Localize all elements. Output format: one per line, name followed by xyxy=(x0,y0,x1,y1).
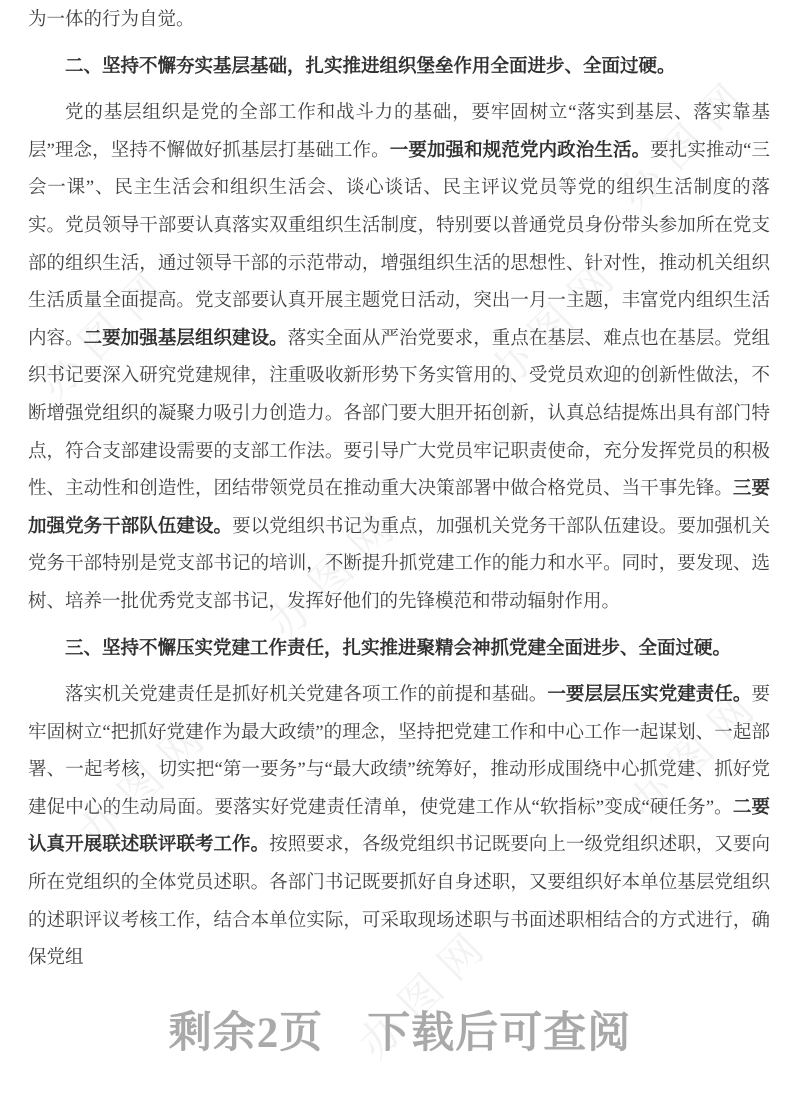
text-run: 为一体的行为自觉。 xyxy=(28,10,195,30)
bold-text-run: 二要加强基层组织建设。 xyxy=(84,329,288,349)
bold-text-run: 三、坚持不懈压实党建工作责任，扎实推进聚精会神抓党建全面进步、全面过硬。 xyxy=(65,639,731,659)
bold-text-run: 一要层层压实党建责任。 xyxy=(547,685,751,705)
text-run: 落实机关党建责任是抓好机关党建各项工作的前提和基础。 xyxy=(65,685,547,705)
body-paragraph: 为一体的行为自觉。 xyxy=(28,2,770,40)
section-heading: 三、坚持不懈压实党建工作责任，扎实推进聚精会神抓党建全面进步、全面过硬。 xyxy=(28,631,770,669)
section-heading: 二、坚持不懈夯实基层基础，扎实推进组织堡垒作用全面进步、全面过硬。 xyxy=(28,49,770,87)
body-paragraph: 落实机关党建责任是抓好机关党建各项工作的前提和基础。一要层层压实党建责任。要牢固… xyxy=(28,677,770,978)
body-paragraph: 党的基层组织是党的全部工作和战斗力的基础，要牢固树立“落实到基层、落实靠基层”理… xyxy=(28,95,770,621)
pages-remaining-banner: 剩余2页下载后可查阅 xyxy=(0,1006,800,1062)
bold-text-run: 二、坚持不懈夯实基层基础，扎实推进组织堡垒作用全面进步、全面过硬。 xyxy=(65,57,676,77)
text-run: 要扎实推动“三会一课”、民主生活会和组织生活会、谈心谈话、民主评议党员等党的组织… xyxy=(28,141,770,349)
document-page: 办图网 办图网 办图网 办图网 办图网 办图网 办图网 为一体的行为自觉。二、坚… xyxy=(0,0,800,1116)
text-run: 落实全面从严治党要求，重点在基层、难点也在基层。党组织书记要深入研究党建规律，注… xyxy=(28,329,770,499)
remaining-pages-label: 剩余2页 xyxy=(169,1010,324,1057)
bold-text-run: 一要加强和规范党内政治生活。 xyxy=(390,141,650,161)
document-body: 为一体的行为自觉。二、坚持不懈夯实基层基础，扎实推进组织堡垒作用全面进步、全面过… xyxy=(28,2,770,978)
download-hint-label: 下载后可查阅 xyxy=(367,1010,631,1057)
